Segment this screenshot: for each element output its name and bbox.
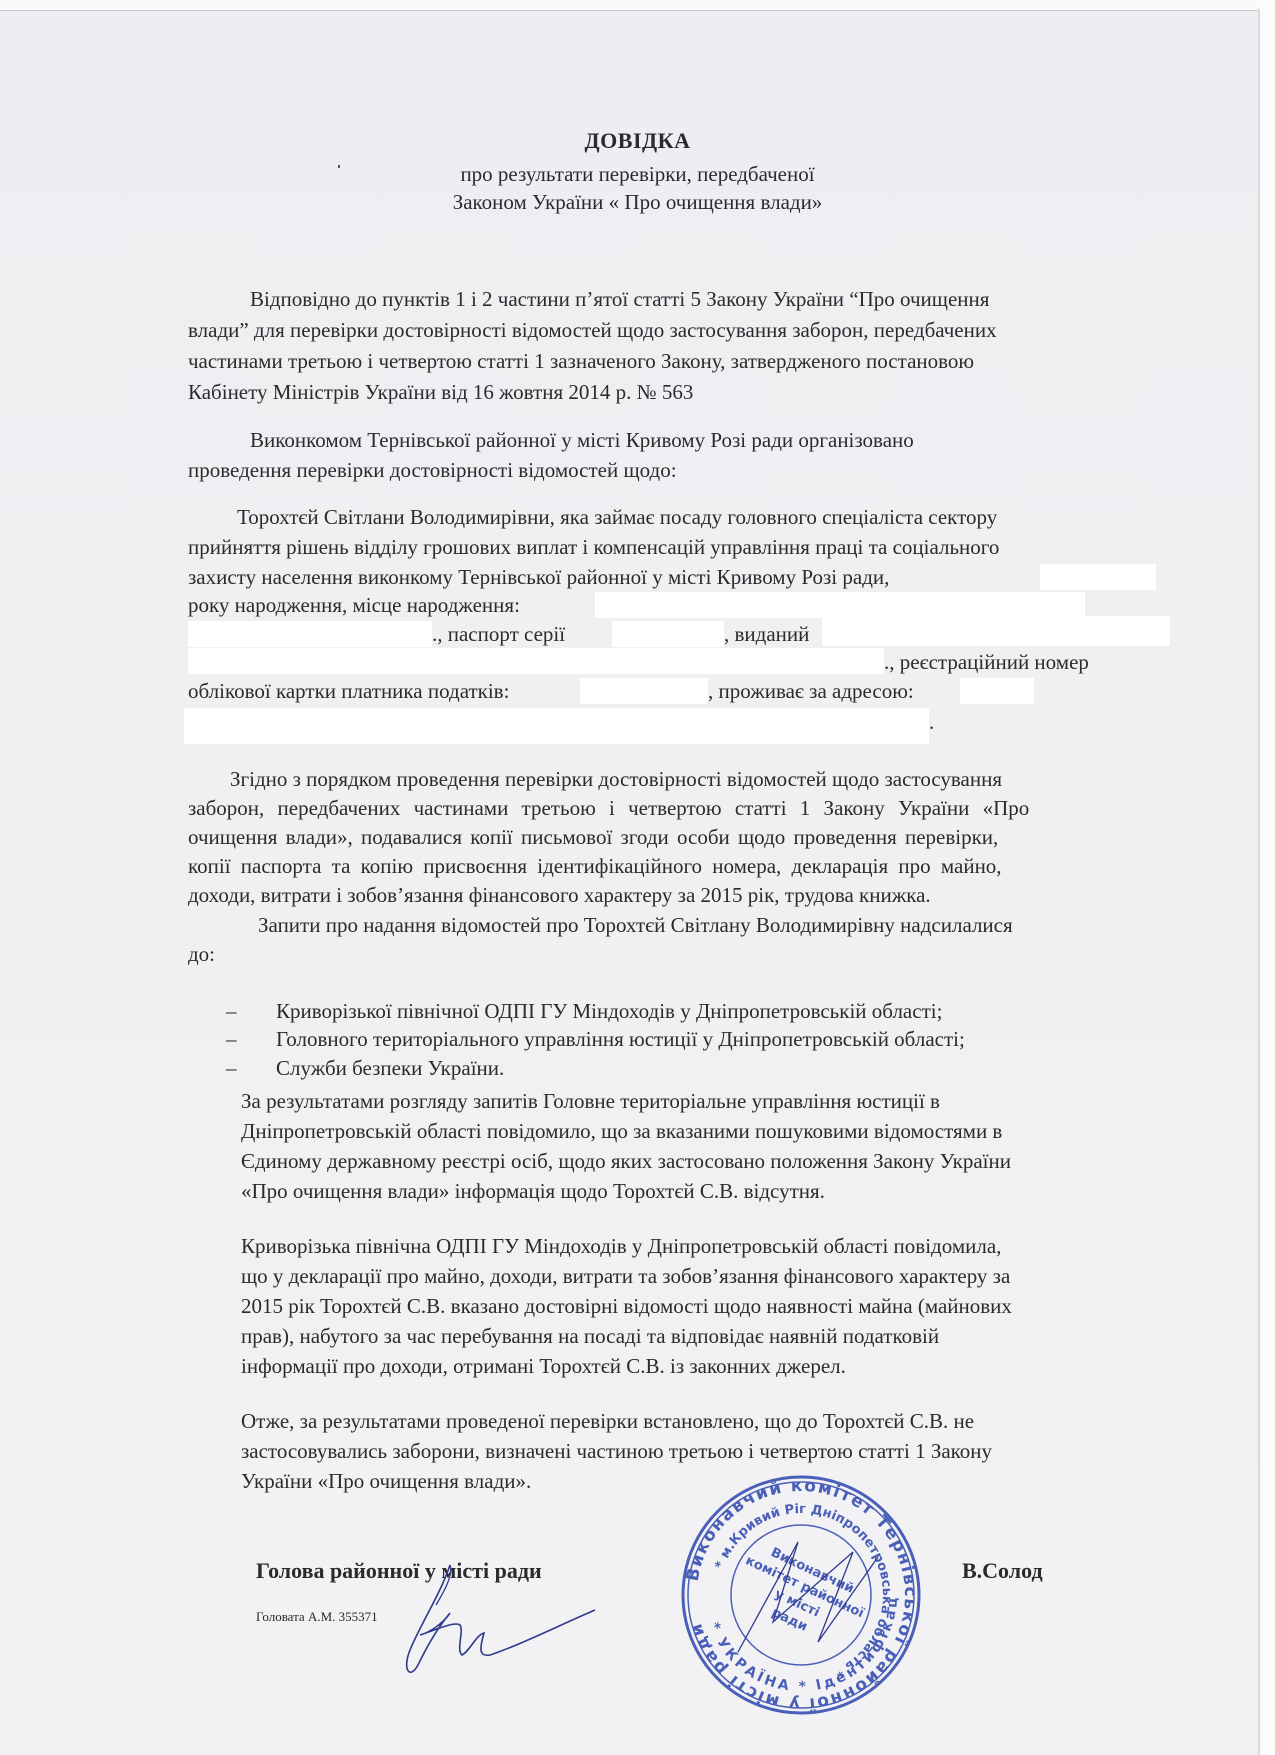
contact-person: Головата А.М. 355371 bbox=[256, 1609, 378, 1625]
redacted-passport-issuer bbox=[822, 616, 1170, 646]
conclusion-line1: Отже, за результатами проведеної перевір… bbox=[241, 1407, 974, 1435]
person-line2: прийняття рішень відділу грошових виплат… bbox=[188, 533, 999, 561]
page-top-edge bbox=[0, 0, 1258, 11]
redacted-birthplace bbox=[595, 592, 1085, 618]
recipient-text: Служби безпеки України. bbox=[276, 1054, 504, 1082]
document-subtitle-line2: Законом України « Про очищення влади» bbox=[0, 188, 1275, 216]
tax-result-line5: інформації про доходи, отримані Торохтєй… bbox=[241, 1352, 846, 1380]
intro-line1: Відповідно до пунктів 1 і 2 частини п’ят… bbox=[250, 285, 989, 313]
person-line5a: ., паспорт серії bbox=[432, 620, 565, 648]
justice-result-line2: Дніпропетровській області повідомило, що… bbox=[241, 1117, 1002, 1145]
redacted-address-cont bbox=[184, 708, 929, 744]
conclusion-line2: застосовувались заборони, визначені част… bbox=[241, 1437, 992, 1465]
person-line7a: облікової картки платника податків: bbox=[188, 677, 509, 705]
list-dash: – bbox=[226, 1054, 237, 1082]
procedure-line2: заборон, передбачених частинами третьою … bbox=[188, 794, 1029, 822]
handwritten-signature-icon bbox=[380, 1555, 600, 1685]
list-dash: – bbox=[226, 1025, 237, 1053]
conclusion-line3: України «Про очищення влади». bbox=[241, 1467, 531, 1495]
requests-line2: до: bbox=[188, 940, 215, 968]
redacted-birthplace-cont bbox=[188, 621, 432, 647]
intro-line3: частинами третьою і четвертою статті 1 з… bbox=[188, 347, 974, 375]
tax-result-line3: 2015 рік Торохтєй С.В. вказано достовірн… bbox=[241, 1292, 1012, 1320]
person-line7b: , проживає за адресою: bbox=[708, 677, 914, 705]
person-line1: Торохтєй Світлани Володимирівни, яка зай… bbox=[237, 503, 997, 531]
tax-result-line2: що у декларації про майно, доходи, витра… bbox=[241, 1262, 1010, 1290]
recipient-text: Головного територіального управління юст… bbox=[276, 1025, 965, 1053]
requests-line1: Запити про надання відомостей про Торохт… bbox=[258, 911, 1013, 939]
justice-result-line4: «Про очищення влади» інформація щодо Тор… bbox=[241, 1177, 825, 1205]
document-subtitle-line1: про результати перевірки, передбаченої bbox=[0, 160, 1275, 188]
person-line5b: , виданий bbox=[724, 620, 809, 648]
person-line4: року народження, місце народження: bbox=[188, 591, 520, 619]
procedure-line1: Згідно з порядком проведення перевірки д… bbox=[230, 765, 1002, 793]
procedure-line4: копії паспорта та копію присвоєння ідент… bbox=[188, 852, 1002, 880]
procedure-line5: доходи, витрати і зобов’язання фінансово… bbox=[188, 881, 931, 909]
person-line6: ., реєстраційний номер bbox=[884, 648, 1089, 676]
redacted-tax-number bbox=[580, 678, 708, 704]
scan-speck bbox=[338, 165, 340, 168]
document-title: ДОВІДКА bbox=[0, 128, 1275, 154]
justice-result-line1: За результатами розгляду запитів Головне… bbox=[241, 1087, 940, 1115]
redacted-passport-issuer-cont bbox=[188, 648, 884, 674]
person-line3: захисту населення виконкому Тернівської … bbox=[188, 563, 889, 591]
procedure-line3: очищення влади», подавалися копії письмо… bbox=[188, 823, 998, 851]
intro-line2: влади” для перевірки достовірності відом… bbox=[188, 316, 997, 344]
organizer-line1: Виконкомом Тернівської районної у місті … bbox=[250, 426, 914, 454]
recipient-text: Криворізької північної ОДПІ ГУ Міндоході… bbox=[276, 997, 942, 1025]
tax-result-line1: Криворізька північна ОДПІ ГУ Міндоходів … bbox=[241, 1232, 1001, 1260]
signatory-name: В.Солод bbox=[962, 1558, 1043, 1584]
intro-line4: Кабінету Міністрів України від 16 жовтня… bbox=[188, 378, 693, 406]
justice-result-line3: Єдиному державному реєстрі осіб, щодо як… bbox=[241, 1147, 1011, 1175]
list-dash: – bbox=[226, 997, 237, 1025]
redacted-address bbox=[960, 678, 1034, 704]
person-line8: . bbox=[929, 708, 934, 736]
official-stamp-icon: Виконавчий комітет Тернівської районної … bbox=[678, 1472, 924, 1718]
redacted-birth-date bbox=[1040, 564, 1156, 590]
redacted-passport-series bbox=[612, 621, 724, 647]
organizer-line2: проведення перевірки достовірності відом… bbox=[188, 456, 677, 484]
tax-result-line4: прав), набутого за час перебування на по… bbox=[241, 1322, 939, 1350]
